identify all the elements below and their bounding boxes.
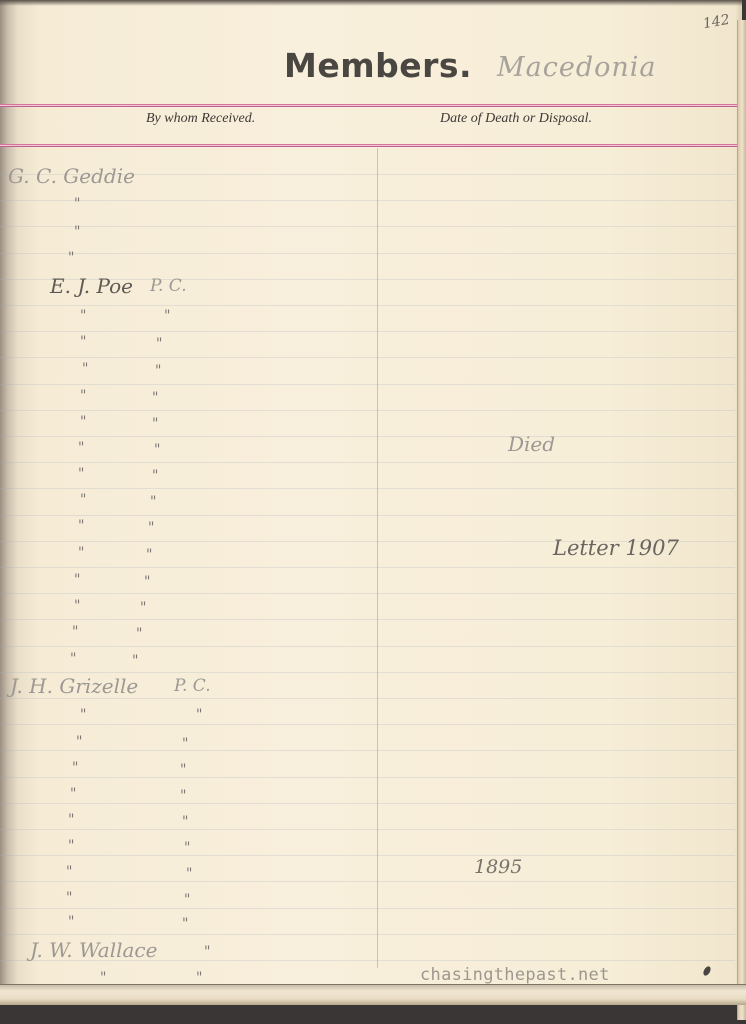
entry-ditto: " xyxy=(74,196,80,212)
entry-ditto: " xyxy=(196,707,202,723)
entry-ditto: " xyxy=(74,598,80,614)
entry-ditto: " xyxy=(132,653,138,669)
ruled-line xyxy=(0,855,735,856)
entry-ditto: " xyxy=(184,840,190,856)
entry-ditto: " xyxy=(78,545,84,561)
church-name: Macedonia xyxy=(497,52,657,83)
ruled-line xyxy=(0,462,735,463)
ruled-line xyxy=(0,646,735,647)
ruled-line xyxy=(0,515,735,516)
entry-ditto: " xyxy=(136,626,142,642)
ruled-line xyxy=(0,226,735,227)
column-header-disposal: Date of Death or Disposal. xyxy=(440,111,592,127)
ruled-line xyxy=(0,436,735,437)
entry-ditto: " xyxy=(155,363,161,379)
entry-disposal: Died xyxy=(508,432,555,456)
entry-ditto: " xyxy=(80,707,86,723)
entry-ditto: " xyxy=(184,892,190,908)
entry-ditto: " xyxy=(182,736,188,752)
ruled-line xyxy=(0,672,735,673)
entry-ditto: " xyxy=(164,308,170,324)
entry-ditto: " xyxy=(146,547,152,563)
ruled-line xyxy=(0,881,735,882)
entry-ditto: " xyxy=(80,334,86,350)
entry-suffix: P. C. xyxy=(174,676,211,696)
column-divider xyxy=(377,148,378,968)
entry-ditto: " xyxy=(80,308,86,324)
entry-ditto: " xyxy=(148,520,154,536)
ruled-line xyxy=(0,829,735,830)
ruled-line xyxy=(0,384,735,385)
entry-ditto: " xyxy=(68,838,74,854)
ink-blot xyxy=(702,965,712,977)
entry-received-by: E. J. Poe xyxy=(50,274,133,298)
header-rule-bottom xyxy=(0,144,742,147)
entry-ditto: " xyxy=(204,944,210,960)
ruled-line xyxy=(0,750,735,751)
ruled-line xyxy=(0,357,735,358)
page-stack-bottom xyxy=(0,984,746,1005)
entry-received-by: J. W. Wallace xyxy=(30,938,157,962)
ruled-line xyxy=(0,934,735,935)
entry-ditto: " xyxy=(74,572,80,588)
ruled-line xyxy=(0,724,735,725)
page-number: 142 xyxy=(702,12,731,32)
entry-ditto: " xyxy=(150,494,156,510)
entry-ditto: " xyxy=(68,250,74,266)
entry-ditto: " xyxy=(78,466,84,482)
entry-ditto: " xyxy=(70,651,76,667)
entry-ditto: " xyxy=(68,914,74,930)
entry-ditto: " xyxy=(152,390,158,406)
ruled-line xyxy=(0,305,735,306)
entry-ditto: " xyxy=(186,866,192,882)
column-header-received-by: By whom Received. xyxy=(146,111,255,127)
ruled-line xyxy=(0,253,735,254)
ruled-line xyxy=(0,331,735,332)
entry-ditto: " xyxy=(70,786,76,802)
entry-ditto: " xyxy=(80,414,86,430)
ruled-line xyxy=(0,567,735,568)
entry-ditto: " xyxy=(152,416,158,432)
entry-ditto: " xyxy=(154,442,160,458)
entry-ditto: " xyxy=(78,440,84,456)
ruled-line xyxy=(0,200,735,201)
entry-ditto: " xyxy=(182,916,188,932)
ruled-line xyxy=(0,698,735,699)
ruled-line xyxy=(0,619,735,620)
page-stack-edge xyxy=(737,20,746,1020)
ruled-line xyxy=(0,410,735,411)
entry-ditto: " xyxy=(72,760,78,776)
entry-ditto: " xyxy=(66,890,72,906)
entry-suffix: P. C. xyxy=(150,276,187,296)
entry-ditto: " xyxy=(144,574,150,590)
ruled-line xyxy=(0,593,735,594)
entry-ditto: " xyxy=(74,224,80,240)
entry-ditto: " xyxy=(76,734,82,750)
ruled-line xyxy=(0,803,735,804)
entry-disposal: 1895 xyxy=(474,856,522,878)
ledger-page: Members. Macedonia 142 By whom Received.… xyxy=(0,0,742,998)
page-title: Members. xyxy=(284,46,472,85)
entry-ditto: " xyxy=(68,812,74,828)
ruled-line xyxy=(0,908,735,909)
entry-disposal: Letter 1907 xyxy=(553,536,679,560)
entry-ditto: " xyxy=(78,518,84,534)
ruled-line xyxy=(0,488,735,489)
entry-ditto: " xyxy=(180,788,186,804)
entry-ditto: " xyxy=(180,762,186,778)
entry-received-by: G. C. Geddie xyxy=(8,164,135,188)
header-rule-top xyxy=(0,104,742,107)
entry-ditto: " xyxy=(66,864,72,880)
ruled-line xyxy=(0,777,735,778)
entry-ditto: " xyxy=(82,361,88,377)
watermark: chasingthepast.net xyxy=(420,965,610,985)
entry-ditto: " xyxy=(72,624,78,640)
entry-ditto: " xyxy=(80,388,86,404)
entry-ditto: " xyxy=(80,492,86,508)
entry-ditto: " xyxy=(156,336,162,352)
entry-received-by: J. H. Grizelle xyxy=(10,674,138,698)
entry-ditto: " xyxy=(182,814,188,830)
entry-ditto: " xyxy=(140,600,146,616)
entry-ditto: " xyxy=(152,468,158,484)
